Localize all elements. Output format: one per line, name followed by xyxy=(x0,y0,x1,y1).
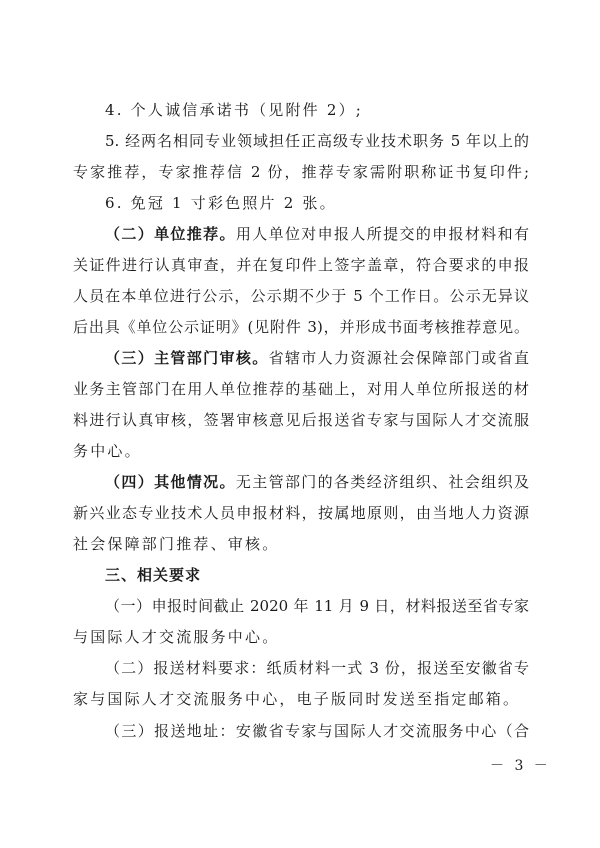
paragraph-line: 业务主管部门在用人单位推荐的基础上，对用人单位所报送的材 xyxy=(73,374,529,405)
paragraph-line: 人员在本单位进行公示，公示期不少于 5 个工作日。公示无异议 xyxy=(73,281,529,312)
document-page: 4. 个人诚信承诺书（见附件 2）; 5. 经两名相同专业领域担任正高级专业技术… xyxy=(0,0,600,848)
paragraph-line: 与国际人才交流服务中心。 xyxy=(73,622,529,653)
paragraph-deadline: （一）申报时间截止 2020 年 11 月 9 日，材料报送至省专家 xyxy=(105,591,529,622)
paragraph-dept-review: （三）主管部门审核。省辖市人力资源社会保障部门或省直 xyxy=(105,343,529,374)
section-lead-dept-review: （三）主管部门审核。 xyxy=(105,349,269,367)
section-lead-unit-recommendation: （二）单位推荐。 xyxy=(105,225,236,243)
paragraph-item-5-cont: 专家推荐，专家推荐信 2 份，推荐专家需附职称证书复印件; xyxy=(73,157,529,188)
paragraph-item-4: 4. 个人诚信承诺书（见附件 2）; xyxy=(105,95,529,126)
paragraph-item-6: 6. 免冠 1 寸彩色照片 2 张。 xyxy=(105,188,529,219)
paragraph-text: 用人单位对申报人所提交的申报材料和有 xyxy=(236,225,529,243)
page-number: － 3 － xyxy=(490,755,551,775)
paragraph-address: （三）报送地址：安徽省专家与国际人才交流服务中心（合 xyxy=(105,716,529,747)
paragraph-unit-recommendation: （二）单位推荐。用人单位对申报人所提交的申报材料和有 xyxy=(105,219,529,250)
paragraph-line: 务中心。 xyxy=(73,436,529,467)
paragraph-line: 家与国际人才交流服务中心，电子版同时发送至指定邮箱。 xyxy=(73,684,529,715)
section-lead-other-cases: （四）其他情况。 xyxy=(105,473,236,491)
paragraph-line: 关证件进行认真审查，并在复印件上签字盖章，符合要求的申报 xyxy=(73,250,529,281)
section-heading-requirements: 三、相关要求 xyxy=(105,560,529,591)
paragraph-line: 新兴业态专业技术人员申报材料，按属地原则，由当地人力资源 xyxy=(73,498,529,529)
paragraph-line: 料进行认真审核，签署审核意见后报送省专家与国际人才交流服 xyxy=(73,405,529,436)
paragraph-text: 省辖市人力资源社会保障部门或省直 xyxy=(269,349,529,367)
paragraph-text: 无主管部门的各类经济组织、社会组织及 xyxy=(236,473,529,491)
paragraph-other-cases: （四）其他情况。无主管部门的各类经济组织、社会组织及 xyxy=(105,467,529,498)
paragraph-line: 后出具《单位公示证明》(见附件 3)，并形成书面考核推荐意见。 xyxy=(73,312,529,343)
paragraph-materials: （二）报送材料要求：纸质材料一式 3 份，报送至安徽省专 xyxy=(105,653,529,684)
paragraph-line: 社会保障部门推荐、审核。 xyxy=(73,529,529,560)
paragraph-item-5: 5. 经两名相同专业领域担任正高级专业技术职务 5 年以上的 xyxy=(105,126,529,157)
